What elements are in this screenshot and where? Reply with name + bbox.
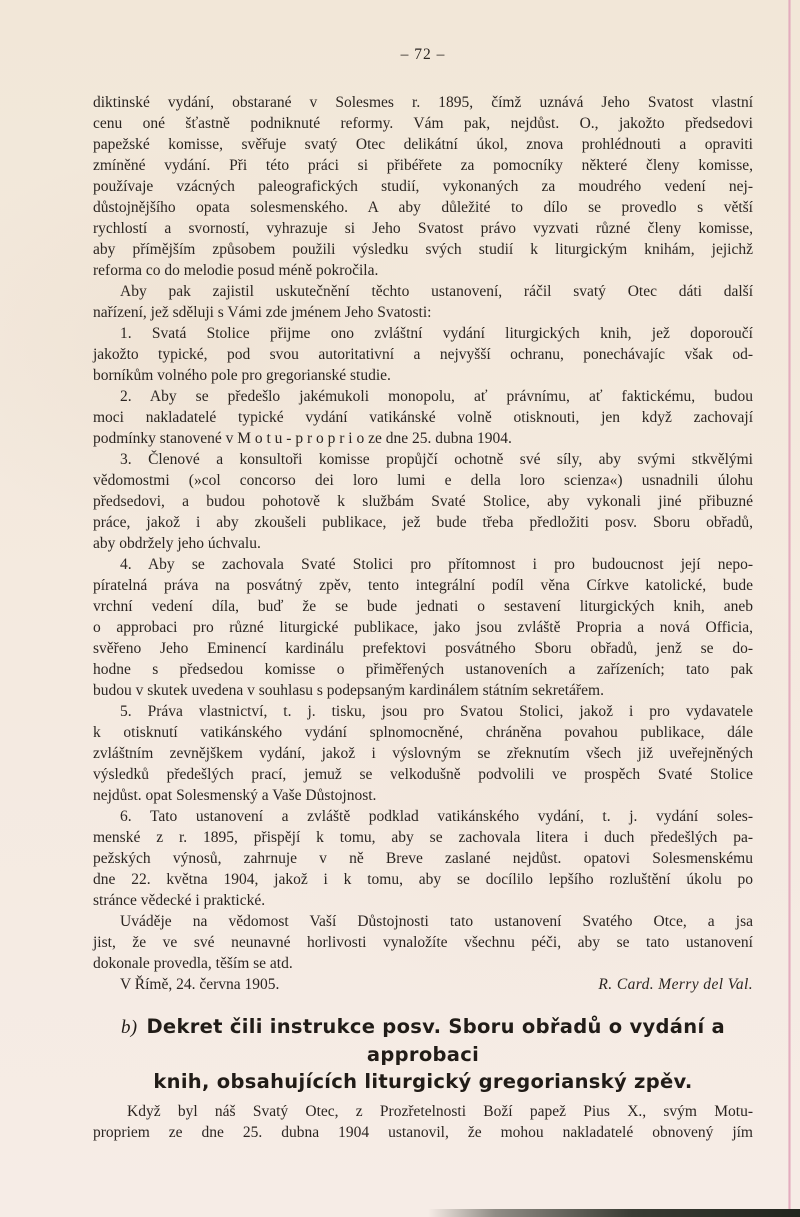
- text-line: důstojnějšího opata solesmenského. A aby…: [93, 197, 753, 218]
- text-line: diktinské vydání, obstarané v Solesmes r…: [93, 92, 753, 113]
- paragraph: diktinské vydání, obstarané v Solesmes r…: [93, 92, 753, 281]
- text-line: menské z r. 1895, přispějí k tomu, aby s…: [93, 827, 753, 848]
- paragraph: Když byl náš Svatý Otec, z Prozřetelnost…: [93, 1101, 753, 1143]
- paragraph: Uváděje na vědomost Vaší Důstojnosti tat…: [93, 911, 753, 974]
- text-line: Uváděje na vědomost Vaší Důstojnosti tat…: [93, 911, 753, 932]
- text-line: výsledků předešlých prací, jemuž se velk…: [93, 764, 753, 785]
- text-line: papežské komisse, svěřuje svatý Otec del…: [93, 134, 753, 155]
- paragraph: 1. Svatá Stolice přijme ono zvláštní vyd…: [93, 323, 753, 386]
- text-line: borníkům volného pole pro gregorianské s…: [93, 365, 753, 386]
- text-line: předsedovi, a budou pohotově k službám S…: [93, 491, 753, 512]
- closing-paragraph: Když byl náš Svatý Otec, z Prozřetelnost…: [93, 1101, 753, 1143]
- scan-bottom-shadow: [428, 1209, 800, 1217]
- section-heading: b)Dekret čili instrukce posv. Sboru obřa…: [93, 1013, 753, 1095]
- text-line: 3. Členové a konsultoři komisse propůjčí…: [93, 449, 753, 470]
- text-line: Když byl náš Svatý Otec, z Prozřetelnost…: [93, 1101, 753, 1122]
- text-line: cenu oné šťastně podniknuté reformy. Vám…: [93, 113, 753, 134]
- page-body: diktinské vydání, obstarané v Solesmes r…: [93, 92, 753, 1143]
- text-line: jakožto typické, pod svou autoritativní …: [93, 344, 753, 365]
- text-line: zmíněné vydání. Při této práci si přibéř…: [93, 155, 753, 176]
- paragraph: 4. Aby se zachovala Svaté Stolici pro př…: [93, 554, 753, 701]
- paragraph: 3. Členové a konsultoři komisse propůjčí…: [93, 449, 753, 554]
- text-line: práce, jakož i aby zkoušeli publikace, j…: [93, 512, 753, 533]
- text-line: podmínky stanovené v M o t u - p r o p r…: [93, 428, 753, 449]
- text-line: aby přímějším způsobem použili výsledku …: [93, 239, 753, 260]
- text-line: propriem ze dne 25. dubna 1904 ustanovil…: [93, 1122, 753, 1143]
- dateline: V Římě, 24. června 1905.: [120, 974, 279, 995]
- text-line: moci nakladatelé typické vydání vatikáns…: [93, 407, 753, 428]
- text-line: k otisknutí vatikánského vydání splnomoc…: [93, 722, 753, 743]
- paragraph: 5. Práva vlastnictví, t. j. tisku, jsou …: [93, 701, 753, 806]
- text-line: píratelná práva na posvátný zpěv, tento …: [93, 575, 753, 596]
- letter-body: diktinské vydání, obstarané v Solesmes r…: [93, 92, 753, 974]
- book-page: – 72 – diktinské vydání, obstarané v Sol…: [0, 0, 800, 1217]
- paragraph: Aby pak zajistil uskutečnění těchto usta…: [93, 281, 753, 323]
- text-line: reforma co do melodie posud méně pokroči…: [93, 260, 753, 281]
- text-line: nařízení, jež sděluji s Vámi zde jménem …: [93, 302, 753, 323]
- text-line: 4. Aby se zachovala Svaté Stolici pro př…: [93, 554, 753, 575]
- text-line: stránce vědecké i praktické.: [93, 890, 753, 911]
- text-line: zvláštním zevnějškem vydání, jakož i výs…: [93, 743, 753, 764]
- text-line: dne 22. května 1904, jakož i k tomu, aby…: [93, 869, 753, 890]
- scan-pink-line: [788, 0, 791, 1217]
- text-line: svěřeno Jeho Eminencí kardinálu prefekto…: [93, 638, 753, 659]
- text-line: používaje vzácných paleografických studi…: [93, 176, 753, 197]
- heading-label: b): [121, 1017, 137, 1038]
- scan-right-edge: [770, 0, 800, 1217]
- text-line: vrchní vedení díla, buď že se bude jedna…: [93, 596, 753, 617]
- text-line: 1. Svatá Stolice přijme ono zvláštní vyd…: [93, 323, 753, 344]
- text-line: pežských výnosů, zahrnuje v ně Breve zas…: [93, 848, 753, 869]
- text-line: budou v skutek uvedena v souhlasu s pode…: [93, 680, 753, 701]
- text-line: o approbaci pro různé liturgické publika…: [93, 617, 753, 638]
- dateline-row: V Římě, 24. června 1905. R. Card. Merry …: [93, 974, 753, 995]
- heading-line1-row: b)Dekret čili instrukce posv. Sboru obřa…: [93, 1013, 753, 1068]
- text-line: Aby pak zajistil uskutečnění těchto usta…: [93, 281, 753, 302]
- paragraph: 6. Tato ustanovení a zvláště podklad vat…: [93, 806, 753, 911]
- text-line: hodne s předsedou komisse o přiměřených …: [93, 659, 753, 680]
- signature: R. Card. Merry del Val.: [598, 974, 753, 995]
- text-line: nejdůst. opat Solesmenský a Vaše Důstojn…: [93, 785, 753, 806]
- text-line: jist, že ve své neunavné horlivosti vyna…: [93, 932, 753, 953]
- text-line: 6. Tato ustanovení a zvláště podklad vat…: [93, 806, 753, 827]
- heading-line2: knih, obsahujících liturgický gregorians…: [93, 1068, 753, 1095]
- text-line: 2. Aby se předešlo jakémukoli monopolu, …: [93, 386, 753, 407]
- heading-line1: Dekret čili instrukce posv. Sboru obřadů…: [146, 1015, 725, 1066]
- text-line: 5. Práva vlastnictví, t. j. tisku, jsou …: [93, 701, 753, 722]
- text-line: dokonale provedla, těším se atd.: [93, 953, 753, 974]
- text-line: rychlostí a svorností, vyhrazuje si Jeho…: [93, 218, 753, 239]
- paragraph: 2. Aby se předešlo jakémukoli monopolu, …: [93, 386, 753, 449]
- text-line: aby obdržely jeho úchvalu.: [93, 533, 753, 554]
- text-line: vědomostmi (»col concorso dei loro lumi …: [93, 470, 753, 491]
- page-number: – 72 –: [93, 46, 753, 64]
